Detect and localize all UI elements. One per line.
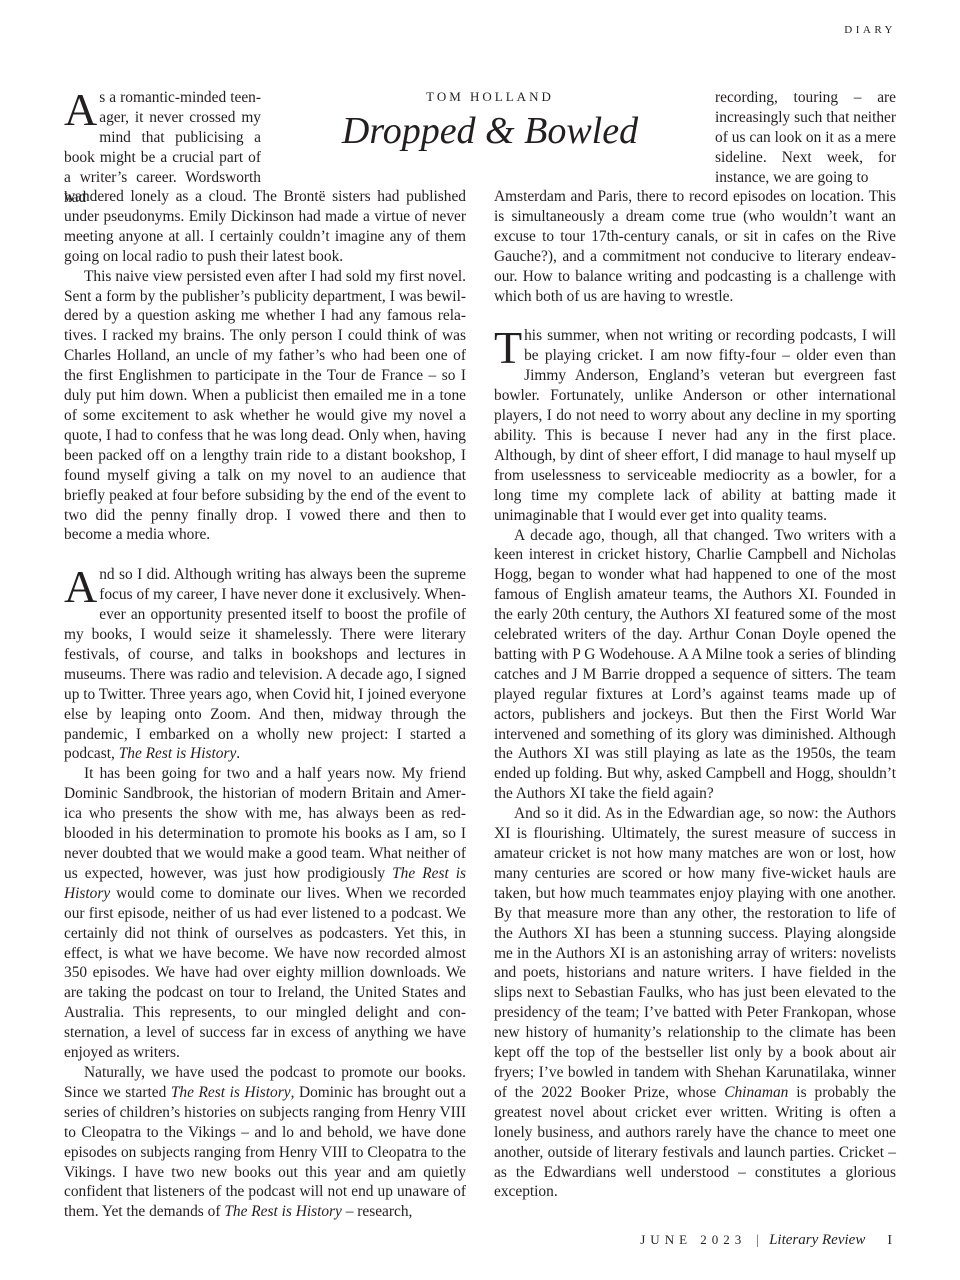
- page-number: I: [887, 1233, 892, 1249]
- paragraph: And so I did. Although writing has alway…: [64, 565, 466, 764]
- section-label: DIARY: [844, 24, 896, 36]
- podcast-title: The Rest is History: [224, 1203, 342, 1220]
- drop-cap: A: [64, 569, 97, 605]
- podcast-title: The Rest is History: [119, 745, 237, 762]
- drop-cap: A: [64, 92, 97, 128]
- column-right-top: recording, touring – are increasingly su…: [715, 88, 896, 188]
- paragraph: A decade ago, though, all that changed. …: [494, 526, 896, 805]
- page-footer: JUNE 2023 | Literary Review I: [640, 1232, 892, 1249]
- paragraph: This naive view persisted even after I h…: [64, 267, 466, 546]
- paragraph: It has been going for two and a half yea…: [64, 764, 466, 1063]
- magazine-name: Literary Review: [769, 1232, 865, 1249]
- book-title: Chinaman: [724, 1084, 788, 1101]
- paragraph: Naturally, we have used the podcast to p…: [64, 1063, 466, 1222]
- drop-cap: T: [494, 330, 522, 366]
- paragraph: recording, touring – are increasingly su…: [715, 88, 896, 188]
- paragraph: This summer, when not writing or recordi…: [494, 326, 896, 525]
- paragraph: Amsterdam and Paris, there to record epi…: [494, 187, 896, 306]
- author-byline: TOM HOLLAND: [340, 89, 640, 105]
- podcast-title: The Rest is History: [171, 1084, 291, 1101]
- footer-separator: |: [756, 1233, 759, 1249]
- issue-date: JUNE 2023: [640, 1232, 746, 1248]
- paragraph: wandered lonely as a cloud. The Brontë s…: [64, 187, 466, 267]
- paragraph: And so it did. As in the Edwardian age, …: [494, 804, 896, 1202]
- column-right: Amsterdam and Paris, there to record epi…: [494, 187, 896, 1202]
- column-left: wandered lonely as a cloud. The Brontë s…: [64, 187, 466, 1222]
- article-title: Dropped & Bowled: [320, 112, 660, 150]
